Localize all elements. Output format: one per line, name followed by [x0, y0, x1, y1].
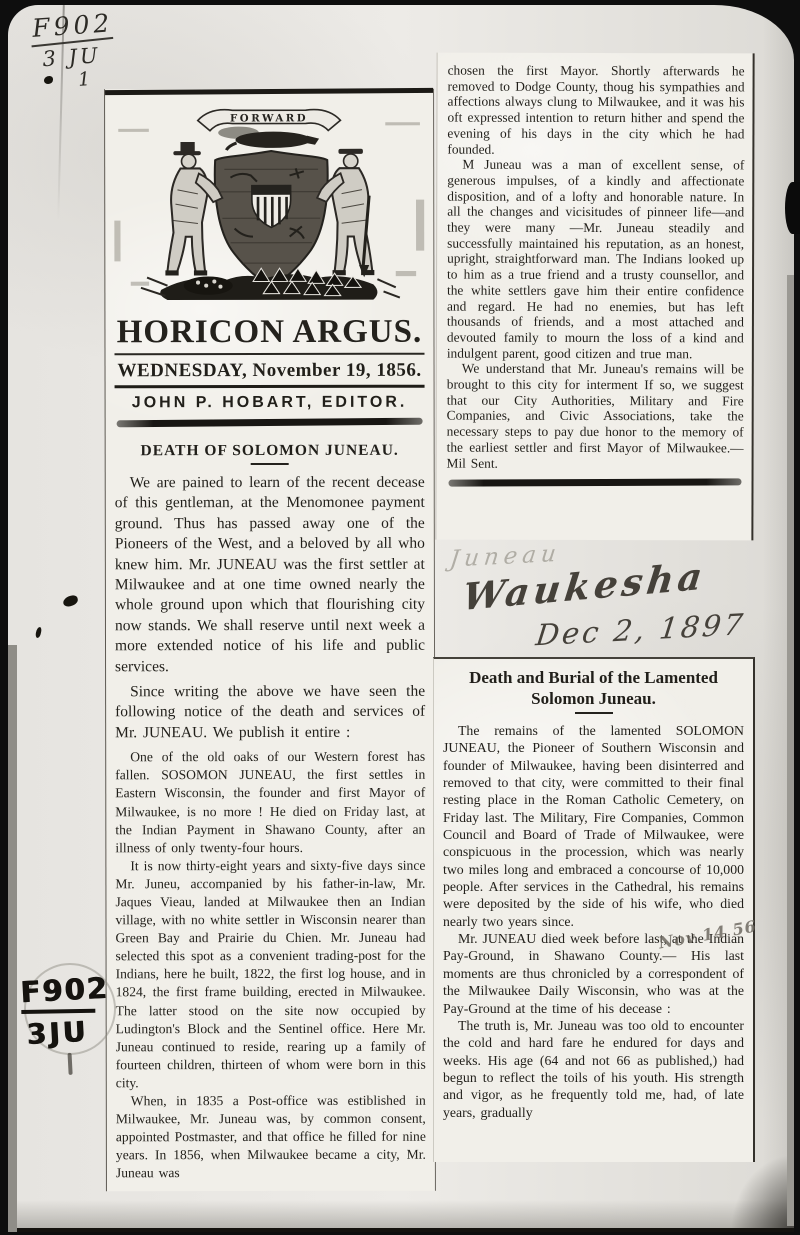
scan-shadow [8, 1200, 794, 1228]
badger [235, 132, 310, 148]
article-paragraph: M Juneau was a man of excellent sense, o… [447, 157, 745, 362]
wisconsin-coat-of-arms-engraving: FORWARD [110, 98, 428, 309]
article-paragraph: The truth is, Mr. Juneau was too old to … [443, 1017, 744, 1121]
left-newspaper-clipping: FORWARD [104, 89, 436, 1192]
heading-divider [251, 463, 289, 465]
scan-shadow [704, 1122, 794, 1232]
handwritten-date: Dec 2, 1897 [534, 607, 750, 652]
rule [114, 353, 424, 356]
article-paragraph: Since writing the above we have seen the… [115, 682, 425, 744]
banner-text: FORWARD [230, 112, 308, 124]
heading-divider [575, 712, 613, 714]
article-paragraph: The remains of the lamented SOLOMON JUNE… [443, 722, 744, 930]
archival-stamp-rule [21, 1009, 95, 1014]
scan-edge [8, 645, 17, 1232]
article-paragraph: We are pained to learn of the recent dec… [115, 473, 425, 678]
right-bottom-newspaper-clipping: Death and Burial of the Lamented Solomon… [433, 657, 755, 1162]
article-heading: DEATH OF SOLOMON JUNEAU. [115, 442, 425, 461]
scanned-newspaper-page: F902 3 JU 1 FORWARD [8, 5, 794, 1232]
article-paragraph: When, in 1835 a Post-office was estiblis… [116, 1092, 426, 1183]
archival-code-line3: 1 [77, 66, 118, 91]
scan-edge [787, 275, 794, 1226]
archival-stamp-line1: F902 [19, 971, 109, 1010]
archival-stamp-line2: 3JU [26, 1014, 112, 1051]
scan-edge [8, 1228, 794, 1232]
pen-mark [68, 1053, 73, 1075]
cornucopia [184, 276, 233, 294]
rule [115, 385, 425, 389]
masthead-title: HORICON ARGUS. [114, 314, 424, 352]
printers-rule [448, 479, 741, 487]
scan-edge-notch [785, 182, 800, 234]
article-paragraph: One of the old oaks of our Western fores… [115, 748, 425, 857]
handwritten-note: Juneau Waukesha Dec 2, 1897 [443, 531, 748, 657]
printers-rule [117, 418, 423, 428]
article-paragraph: chosen the first Mayor. Shortly afterwar… [447, 63, 744, 158]
date-line: WEDNESDAY, November 19, 1856. [115, 357, 425, 385]
editor-line: JOHN P. HOBART, EDITOR. [115, 391, 425, 416]
article-heading: Death and Burial of the Lamented Solomon… [443, 667, 744, 709]
article-paragraph: It is now thirty-eight years and sixty-f… [115, 857, 425, 1093]
right-top-newspaper-clipping: chosen the first Mayor. Shortly afterwar… [435, 53, 754, 541]
ink-blot [35, 627, 42, 639]
ink-blot [62, 594, 79, 608]
sailor-figure [165, 142, 222, 276]
archival-stamp: F902 3JU [19, 971, 113, 1077]
article-paragraph: We understand that Mr. Juneau's remains … [447, 361, 744, 472]
clipping-torn-edge [105, 88, 433, 95]
